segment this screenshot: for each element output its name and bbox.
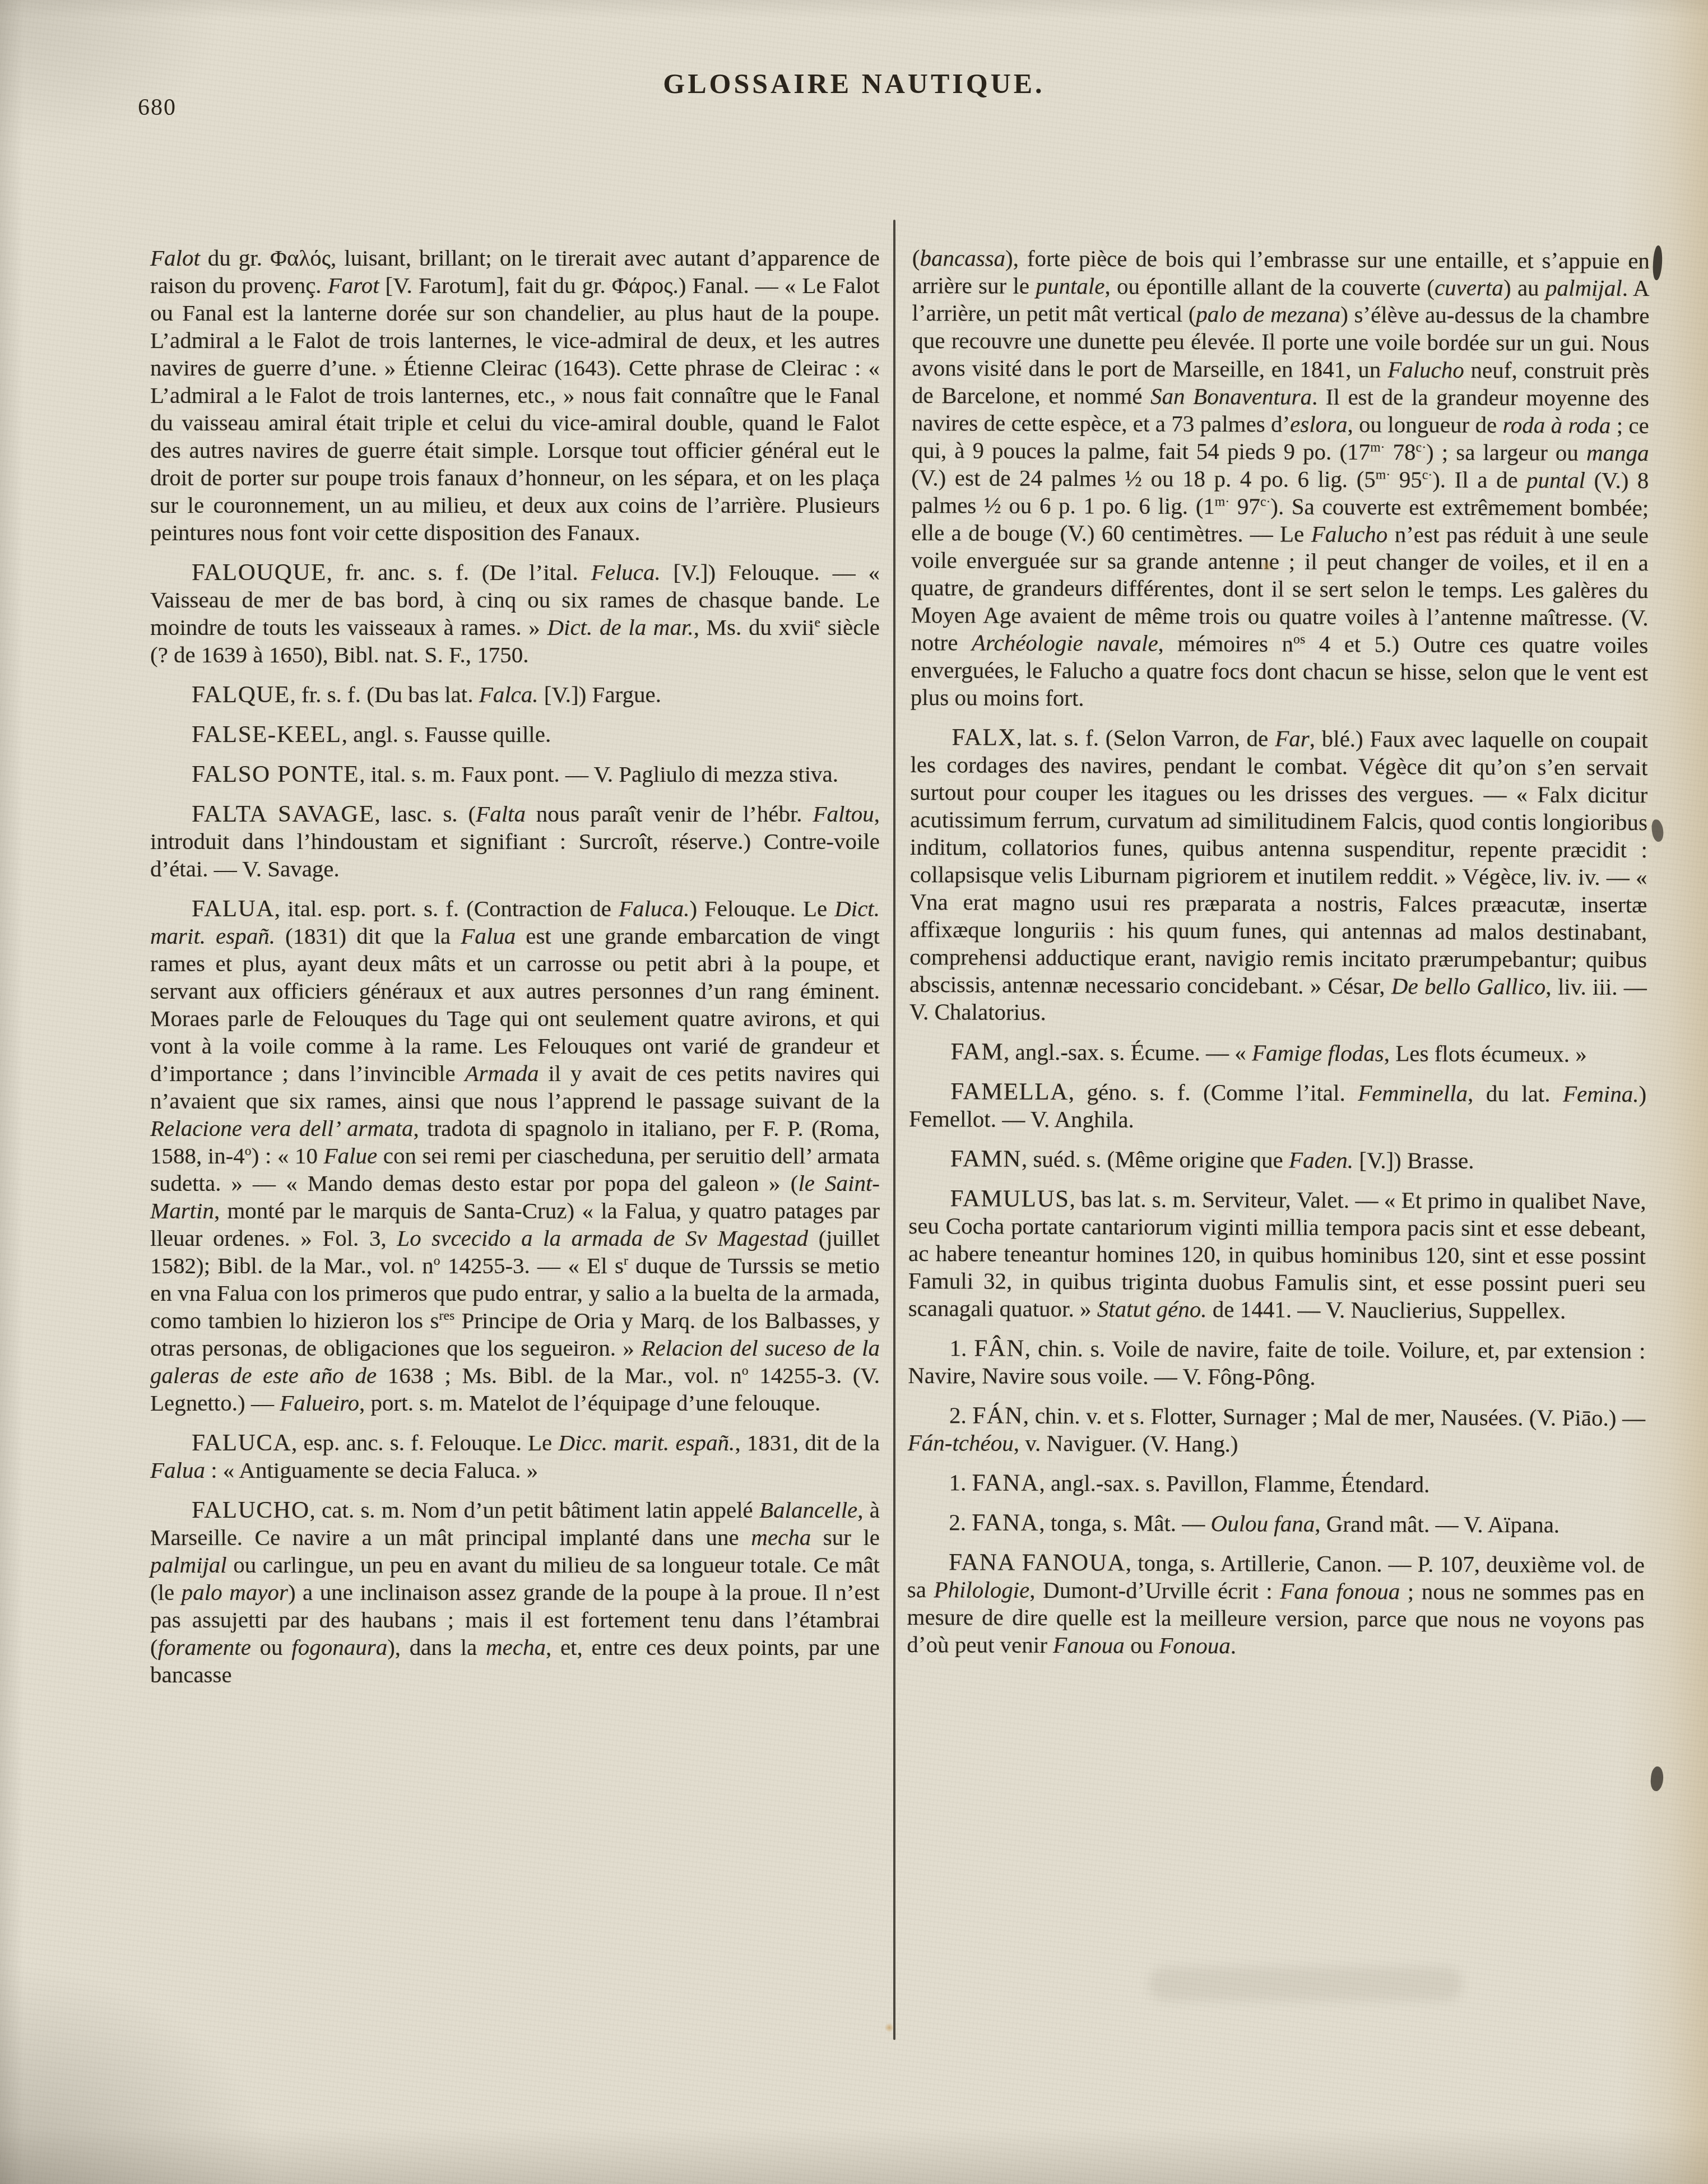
text-segment: ). Il a de	[1432, 467, 1526, 493]
text-segment: res	[439, 1309, 454, 1323]
text-segment: 78	[1385, 439, 1415, 465]
glossary-entry: FALTA SAVAGE, lasc. s. (Falta nous paraî…	[150, 800, 880, 883]
text-segment: San Bonaventura	[1150, 383, 1312, 410]
text-segment: Balancelle	[759, 1497, 857, 1523]
text-segment: os	[1293, 632, 1305, 647]
text-segment: ou	[1125, 1632, 1159, 1658]
glossary-entry: FANA FANOUA, tonga, s. Artillerie, Canon…	[907, 1548, 1645, 1661]
entry-headword: FAMN	[950, 1146, 1022, 1172]
text-segment: puntal	[1526, 467, 1585, 493]
text-segment: , ital. esp. port. s. f. (Contraction de	[275, 896, 619, 921]
text-segment: roda à roda	[1502, 412, 1610, 438]
text-segment: bancassa	[920, 245, 1005, 271]
text-segment: , chin. v. et s. Flotter, Surnager ; Mal…	[1023, 1403, 1645, 1431]
text-segment: nous paraît venir de l’hébr.	[526, 801, 813, 827]
text-segment: Farot	[328, 272, 379, 298]
text-segment: ) : « 10	[252, 1143, 324, 1168]
text-segment: , blé.) Faux avec laquelle on coupait le…	[909, 726, 1648, 999]
glossary-entry: 2. FÁN, chin. v. et s. Flotter, Surnager…	[908, 1402, 1645, 1459]
right-column: (bancassa), forte pièce de bois qui l’em…	[907, 244, 1650, 1661]
text-segment: Archéologie navale	[972, 629, 1158, 656]
glossary-entry: FALUCA, esp. anc. s. f. Felouque. Le Dic…	[150, 1429, 880, 1484]
text-segment: , suéd. s. (Même origine que	[1022, 1146, 1289, 1173]
text-segment: mecha	[486, 1634, 546, 1660]
text-segment: , cat. s. m. Nom d’un petit bâtiment lat…	[310, 1497, 759, 1523]
ink-showthrough	[1149, 1967, 1463, 2001]
text-segment: m·	[1376, 468, 1391, 483]
text-segment: Falca.	[479, 681, 539, 707]
paragraph: (bancassa), forte pièce de bois qui l’em…	[911, 244, 1650, 714]
text-segment: Dict. de la mar.	[547, 614, 693, 640]
text-segment: Relacione vera dell’ armata	[150, 1115, 413, 1141]
text-segment: , angl. s. Fausse quille.	[342, 721, 551, 747]
glossary-entry: FALUCHO, cat. s. m. Nom d’un petit bâtim…	[150, 1496, 880, 1689]
entry-headword: FALTA SAVAGE	[192, 801, 375, 827]
text-segment: Faluca.	[619, 896, 689, 921]
text-segment: .	[1231, 1633, 1236, 1658]
text-segment: r	[624, 1254, 628, 1268]
text-segment: manga	[1586, 440, 1649, 466]
glossary-entry: FALUA, ital. esp. port. s. f. (Contracti…	[150, 895, 880, 1417]
text-segment: c·	[1422, 468, 1433, 483]
text-segment: [V.]) Brasse.	[1353, 1147, 1474, 1174]
entry-headword: FÂN	[974, 1335, 1025, 1361]
text-segment: , v. Naviguer. (V. Hang.)	[1014, 1430, 1238, 1457]
text-segment: cuverta	[1435, 275, 1503, 300]
text-segment: ), dans la	[387, 1634, 486, 1660]
scanned-book-page: 680 GLOSSAIRE NAUTIQUE. Falot du gr. Φαλ…	[0, 0, 1708, 2184]
text-segment: 14255-3. — « El s	[440, 1253, 624, 1278]
text-segment: , géno. s. f. (Comme l’ital.	[1069, 1079, 1358, 1106]
text-segment: , mémoires n	[1158, 630, 1294, 657]
text-segment: c·	[1416, 440, 1427, 455]
foxing-spot	[1261, 560, 1273, 572]
text-segment: ) Felouque. Le	[689, 896, 834, 921]
glossary-entry: FALSE-KEEL, angl. s. Fausse quille.	[150, 721, 880, 748]
text-segment: palmijal	[1545, 275, 1622, 301]
text-segment: Oulou fana	[1211, 1510, 1315, 1537]
entry-headword: FANA FANOUA	[949, 1549, 1126, 1576]
text-segment: 97	[1229, 493, 1260, 519]
text-segment: 1.	[949, 1469, 972, 1495]
ink-smudge	[1650, 1766, 1664, 1792]
glossary-entry: FAMN, suéd. s. (Même origine que Faden. …	[909, 1145, 1646, 1175]
text-segment: Falucho	[1311, 521, 1388, 548]
text-segment: [V.]) Fargue.	[539, 681, 661, 707]
text-segment: Femina.	[1563, 1081, 1639, 1107]
text-segment: Armada	[465, 1060, 539, 1086]
ink-smudge	[1651, 819, 1665, 842]
text-segment: , Dumont-d’Urville écrit :	[1029, 1577, 1280, 1604]
text-segment: , du lat.	[1468, 1081, 1563, 1107]
text-segment: ou	[251, 1634, 291, 1660]
text-segment: Famige flodas	[1252, 1040, 1384, 1066]
entry-headword: FÁN	[972, 1402, 1023, 1429]
text-segment: m·	[1370, 440, 1385, 455]
column-divider	[893, 220, 895, 2040]
text-segment: Faltou	[813, 801, 874, 827]
text-segment: foramente	[158, 1634, 251, 1660]
text-segment: , ou épontille allant de la couverte (	[1104, 273, 1435, 300]
text-segment: , ou longueur de	[1348, 411, 1503, 438]
text-segment: De bello Gallico	[1391, 973, 1546, 999]
text-segment: Falueiro	[280, 1390, 359, 1416]
text-segment: 95	[1390, 466, 1422, 492]
text-segment: Statut géno.	[1097, 1296, 1207, 1322]
text-segment: , angl.-sax. s. Pavillon, Flamme, Étenda…	[1039, 1470, 1429, 1497]
glossary-entry: FALSO PONTE, ital. s. m. Faux pont. — V.…	[150, 761, 880, 788]
text-segment: , esp. anc. s. f. Felouque. Le	[291, 1430, 558, 1455]
text-segment: o	[245, 1144, 252, 1158]
entry-headword: FALUCHO	[192, 1497, 310, 1523]
text-segment: , lat. s. f. (Selon Varron, de	[1017, 725, 1275, 752]
text-segment: 1.	[949, 1335, 974, 1361]
text-segment: , Les flots écumeux. »	[1384, 1040, 1587, 1067]
text-segment: (	[912, 245, 920, 271]
text-segment: o	[434, 1254, 440, 1268]
text-segment: eslora	[1290, 411, 1348, 437]
entry-headword: FANA	[972, 1469, 1039, 1496]
text-segment: m·	[1215, 494, 1230, 509]
ink-smudge	[1652, 245, 1663, 281]
text-segment: Philologie	[934, 1576, 1029, 1603]
text-segment: palo mayor	[182, 1579, 288, 1605]
text-segment: Fana fonoua	[1280, 1578, 1400, 1605]
text-segment: Far	[1275, 725, 1310, 751]
glossary-entry: 1. FANA, angl.-sax. s. Pavillon, Flamme,…	[907, 1469, 1645, 1499]
left-column: Falot du gr. Φαλός, luisant, brillant; o…	[150, 244, 880, 1689]
text-segment: , 1831, dit de la	[735, 1430, 880, 1455]
entry-headword: FANA	[972, 1509, 1039, 1536]
text-segment: , angl.-sax. s. Écume. — «	[1004, 1039, 1252, 1066]
text-segment: Fonoua	[1159, 1633, 1231, 1658]
text-segment: fogonaura	[291, 1634, 387, 1660]
entry-headword: FAMULUS	[950, 1185, 1069, 1212]
entry-headword: FAM	[950, 1038, 1004, 1065]
text-segment: Falta	[476, 801, 526, 827]
glossary-entry: FALOUQUE, fr. anc. s. f. (De l’ital. Fel…	[150, 559, 880, 669]
text-segment: Falucho	[1387, 356, 1464, 383]
text-segment: puntale	[1036, 273, 1104, 299]
glossary-entry: FAMELLA, géno. s. f. (Comme l’ital. Femm…	[909, 1078, 1646, 1135]
text-segment: , lasc. s. (	[375, 801, 476, 827]
text-segment: 2.	[949, 1509, 972, 1535]
text-segment: [V. Farotum], fait du gr. Φάρος.) Fanal.…	[150, 272, 880, 545]
text-segment: (1831) dit que la	[275, 923, 461, 949]
entry-headword: FALSE-KEEL	[192, 721, 342, 748]
glossary-entry: FALQUE, fr. s. f. (Du bas lat. Falca. [V…	[150, 681, 880, 708]
text-segment: , fr. s. f. (Du bas lat.	[290, 681, 479, 707]
text-segment: Lo svcecido a la armada de Sv Magestad	[397, 1225, 808, 1251]
text-segment: c·	[1260, 495, 1271, 509]
entry-headword: FALUCA	[192, 1430, 291, 1456]
entry-headword: FALUA	[192, 896, 275, 922]
text-segment: (V.) est de 24 palmes ½ ou 18 p. 4 po. 6…	[911, 465, 1376, 492]
text-segment: , fr. anc. s. f. (De l’ital.	[327, 559, 591, 585]
text-segment: 1638 ; Ms. Bibl. de la Mar., vol. n	[377, 1362, 742, 1388]
glossary-entry: FALX, lat. s. f. (Selon Varron, de Far, …	[909, 724, 1648, 1028]
text-segment: e	[814, 615, 820, 630]
glossary-entry: FAM, angl.-sax. s. Écume. — « Famige flo…	[909, 1038, 1646, 1068]
text-segment: , Ms. du xvii	[694, 614, 815, 640]
text-segment: Femminella	[1358, 1080, 1468, 1106]
text-segment: Faden.	[1289, 1147, 1353, 1173]
text-segment: , ital. s. m. Faux pont. — V. Pagliulo d…	[359, 761, 838, 787]
text-segment: , Grand mât. — V. Aïpana.	[1315, 1511, 1560, 1538]
text-segment: , tonga, s. Mât. —	[1039, 1510, 1211, 1536]
text-segment: Feluca.	[591, 559, 661, 585]
text-segment: ) ; sa largeur ou	[1426, 439, 1586, 466]
text-segment: Fanoua	[1053, 1632, 1125, 1658]
entry-headword: FALSO PONTE	[192, 761, 359, 787]
text-segment: sur le	[811, 1524, 880, 1550]
glossary-entry: 1. FÂN, chin. s. Voile de navire, faite …	[908, 1334, 1645, 1392]
text-segment: Dicc. marit. españ.	[558, 1430, 735, 1455]
text-segment: Falot	[150, 245, 200, 271]
text-segment: Falue	[324, 1143, 378, 1168]
text-segment: : « Antiguamente se decia Faluca. »	[205, 1457, 538, 1483]
text-segment: 2.	[949, 1402, 972, 1428]
entry-headword: FAMELLA	[950, 1078, 1069, 1105]
text-segment: palo de mezana	[1196, 301, 1340, 327]
text-segment: Falua	[461, 923, 516, 949]
entry-headword: FALQUE	[192, 681, 290, 708]
text-segment: ) au	[1503, 275, 1545, 300]
text-segment: o	[742, 1364, 749, 1378]
text-segment: Fán-tchéou	[908, 1430, 1014, 1456]
glossary-entry: 2. FANA, tonga, s. Mât. — Oulou fana, Gr…	[907, 1509, 1645, 1539]
header-title: GLOSSAIRE NAUTIQUE.	[0, 67, 1708, 100]
entry-headword: FALOUQUE	[192, 559, 327, 586]
text-segment: palmijal	[150, 1552, 227, 1578]
foxing-spot	[884, 2023, 894, 2032]
text-segment: Falua	[150, 1457, 205, 1483]
text-segment: , port. s. m. Matelot de l’équipage d’un…	[359, 1390, 820, 1416]
paragraph: Falot du gr. Φαλός, luisant, brillant; o…	[150, 244, 880, 546]
text-segment: de 1441. — V. Nauclierius, Suppellex.	[1207, 1296, 1566, 1323]
glossary-entry: FAMULUS, bas lat. s. m. Serviteur, Valet…	[908, 1185, 1646, 1325]
entry-headword: FALX	[952, 724, 1017, 750]
text-segment: mecha	[751, 1524, 811, 1550]
